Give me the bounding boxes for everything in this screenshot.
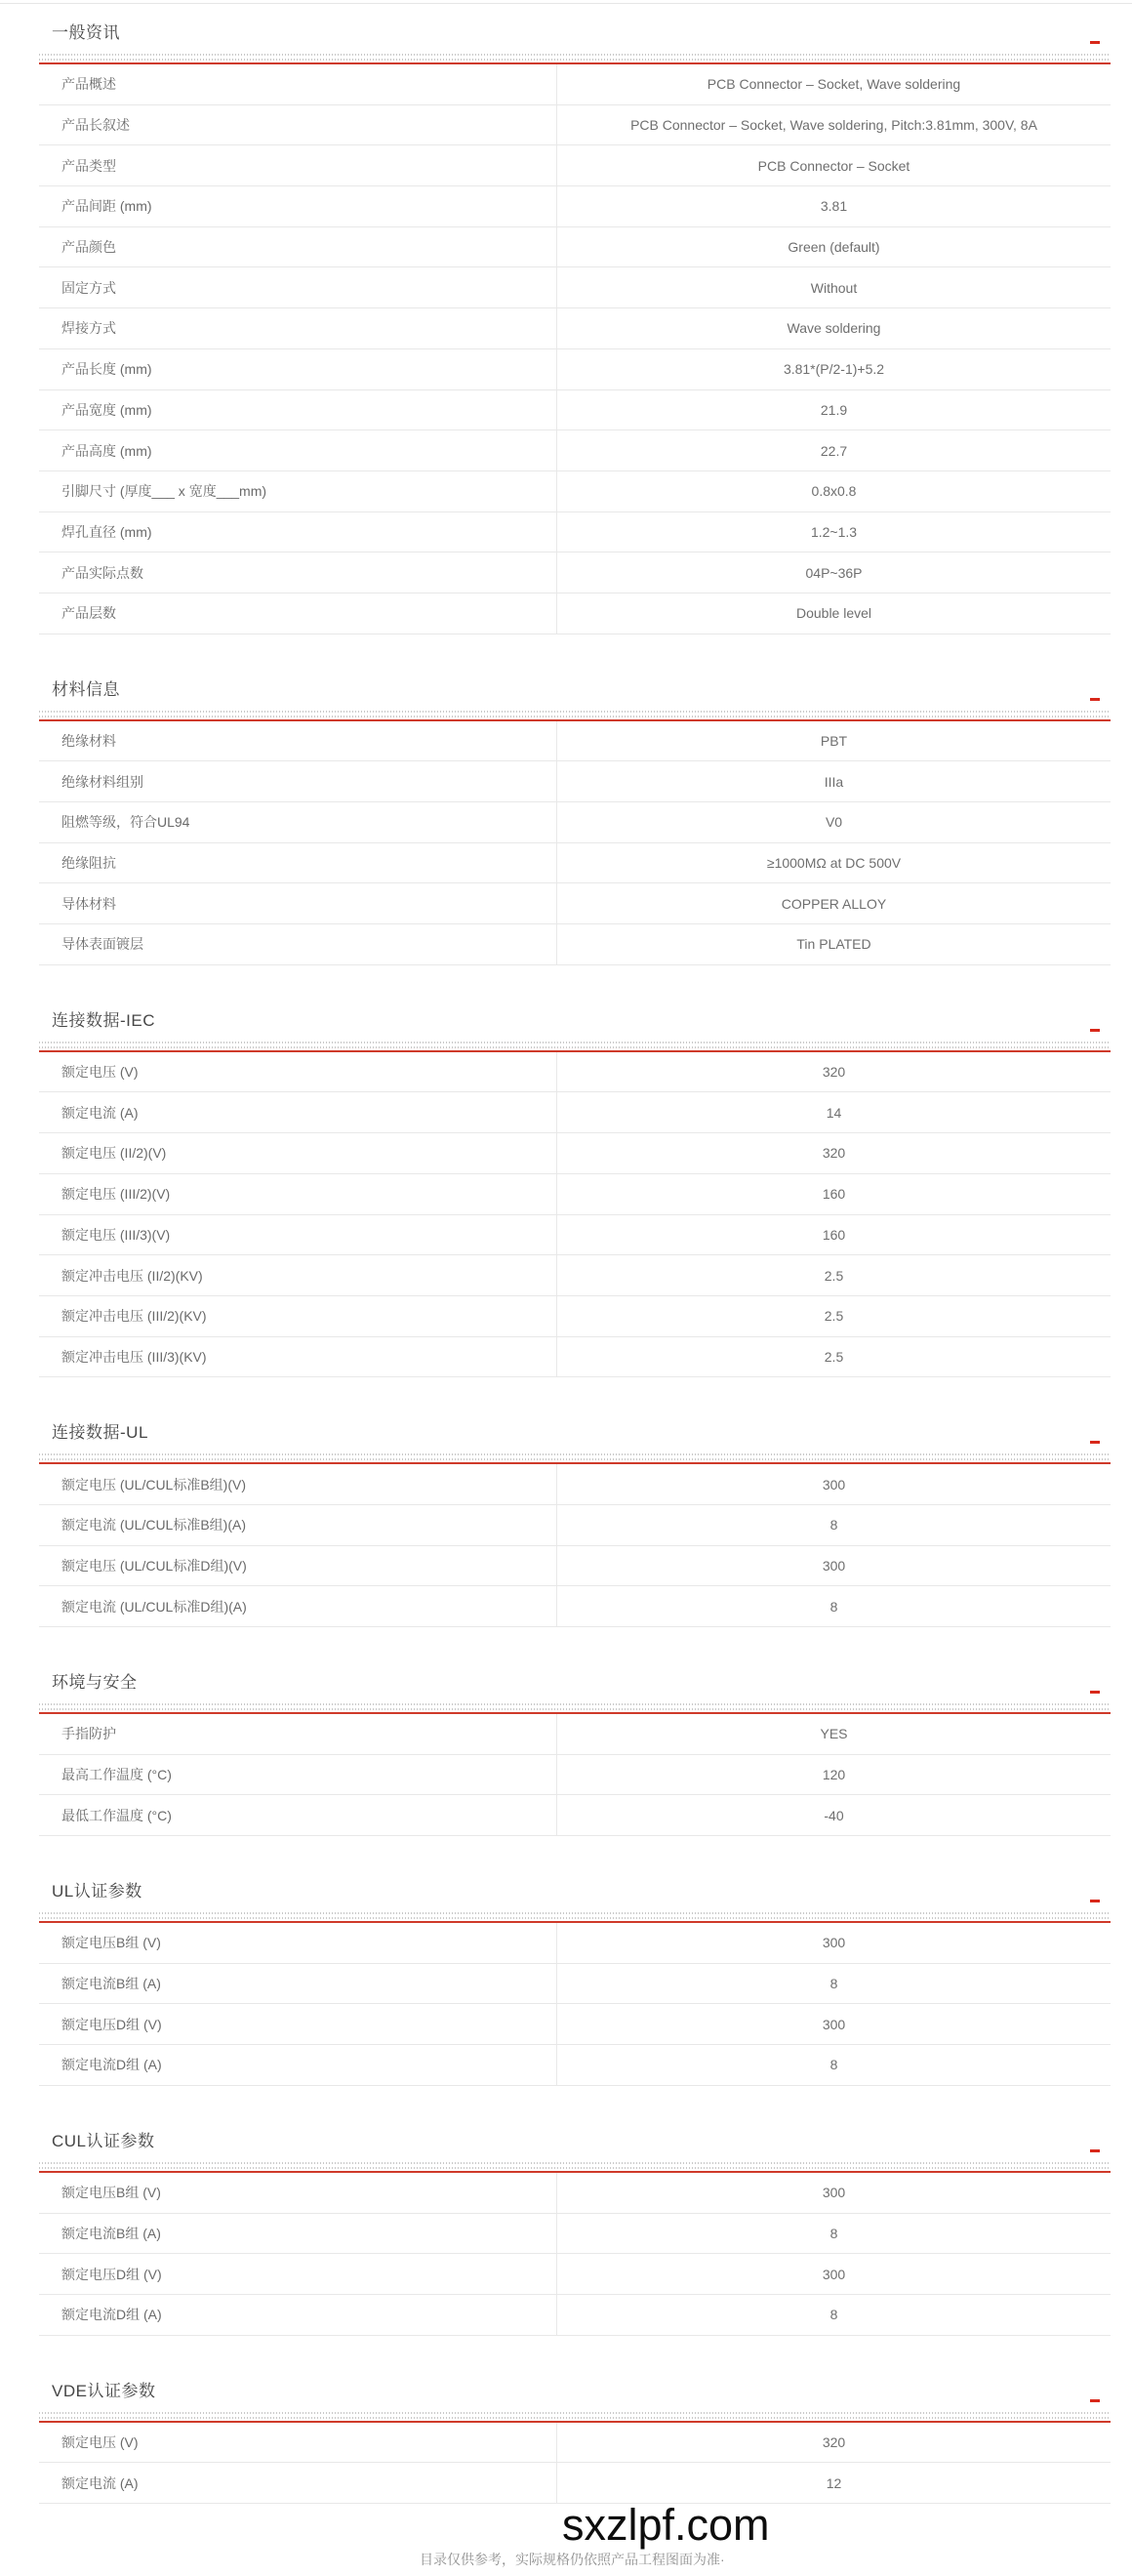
collapse-minus-icon[interactable]: [1090, 2149, 1100, 2152]
row-value: ≥1000MΩ at DC 500V: [556, 843, 1111, 883]
table-row: 额定电压 (V) 320: [39, 1052, 1111, 1093]
table-row: 额定电压 (V) 320: [39, 2423, 1111, 2464]
row-value: 14: [556, 1092, 1111, 1132]
row-label: 额定电流D组 (A): [39, 2045, 556, 2085]
table-row: 额定电流 (A) 14: [39, 1092, 1111, 1133]
table-row: 固定方式 Without: [39, 267, 1111, 308]
row-value: 12: [556, 2463, 1111, 2503]
table-row: 绝缘阻抗 ≥1000MΩ at DC 500V: [39, 843, 1111, 884]
table-row: 额定电流D组 (A) 8: [39, 2045, 1111, 2086]
row-value: IIIa: [556, 761, 1111, 801]
row-value: 300: [556, 1923, 1111, 1963]
row-label: 额定电压 (III/2)(V): [39, 1174, 556, 1214]
collapse-minus-icon[interactable]: [1090, 2399, 1100, 2402]
table-row: 绝缘材料 PBT: [39, 721, 1111, 762]
table-row: 产品颜色 Green (default): [39, 227, 1111, 268]
row-value: 300: [556, 1546, 1111, 1586]
row-label: 手指防护: [39, 1714, 556, 1754]
row-label: 引脚尺寸 (厚度___ x 宽度___mm): [39, 471, 556, 511]
row-label: 额定电流D组 (A): [39, 2295, 556, 2335]
spec-section: VDE认证参数 额定电压 (V) 320 额定电流 (A) 12: [39, 2382, 1111, 2504]
row-value: 0.8x0.8: [556, 471, 1111, 511]
row-label: 产品长叙述: [39, 105, 556, 145]
row-label: 额定电流 (A): [39, 2463, 556, 2503]
section-dotted-rule: [39, 1912, 1111, 1919]
row-label: 绝缘材料组别: [39, 761, 556, 801]
row-value: Green (default): [556, 227, 1111, 267]
row-label: 导体材料: [39, 883, 556, 923]
table-row: 最高工作温度 (°C) 120: [39, 1755, 1111, 1796]
row-value: 3.81*(P/2-1)+5.2: [556, 349, 1111, 389]
row-label: 额定电流 (A): [39, 1092, 556, 1132]
spec-section: 材料信息 绝缘材料 PBT 绝缘材料组别 IIIa 阻燃等级，符合UL94 V0…: [39, 680, 1111, 965]
table-row: 产品概述 PCB Connector – Socket, Wave solder…: [39, 64, 1111, 105]
row-value: 3.81: [556, 186, 1111, 226]
section-title: 环境与安全: [39, 1673, 1111, 1692]
watermark-text: sxzlpf.com: [562, 2503, 770, 2547]
table-row: 引脚尺寸 (厚度___ x 宽度___mm) 0.8x0.8: [39, 471, 1111, 512]
row-label: 产品长度 (mm): [39, 349, 556, 389]
row-value: 320: [556, 1133, 1111, 1173]
row-value: 320: [556, 1052, 1111, 1092]
row-value: 300: [556, 2004, 1111, 2044]
row-label: 额定冲击电压 (III/3)(KV): [39, 1337, 556, 1377]
section-table: 额定电压B组 (V) 300 额定电流B组 (A) 8 额定电压D组 (V) 3…: [39, 1923, 1111, 2086]
table-row: 产品间距 (mm) 3.81: [39, 186, 1111, 227]
row-value: V0: [556, 802, 1111, 842]
row-value: 120: [556, 1755, 1111, 1795]
table-row: 产品层数 Double level: [39, 593, 1111, 634]
section-dotted-rule: [39, 2412, 1111, 2419]
row-value: 160: [556, 1174, 1111, 1214]
table-row: 阻燃等级，符合UL94 V0: [39, 802, 1111, 843]
collapse-minus-icon[interactable]: [1090, 698, 1100, 701]
row-label: 产品类型: [39, 145, 556, 185]
row-label: 绝缘阻抗: [39, 843, 556, 883]
row-label: 产品实际点数: [39, 552, 556, 593]
section-header: 材料信息: [39, 680, 1111, 711]
section-dotted-rule: [39, 1453, 1111, 1460]
row-label: 额定电流B组 (A): [39, 2214, 556, 2254]
row-label: 额定冲击电压 (II/2)(KV): [39, 1255, 556, 1295]
row-label: 额定电压 (V): [39, 2423, 556, 2463]
table-row: 产品实际点数 04P~36P: [39, 552, 1111, 593]
row-value: Wave soldering: [556, 308, 1111, 348]
spec-section: 连接数据-UL 额定电压 (UL/CUL标准B组)(V) 300 额定电流 (U…: [39, 1423, 1111, 1627]
table-row: 额定电流 (UL/CUL标准B组)(A) 8: [39, 1505, 1111, 1546]
row-value: PBT: [556, 721, 1111, 761]
section-table: 产品概述 PCB Connector – Socket, Wave solder…: [39, 64, 1111, 634]
table-row: 产品宽度 (mm) 21.9: [39, 390, 1111, 431]
section-header: 环境与安全: [39, 1673, 1111, 1703]
section-dotted-rule: [39, 1703, 1111, 1710]
section-header: 连接数据-UL: [39, 1423, 1111, 1453]
section-dotted-rule: [39, 1042, 1111, 1048]
row-label: 额定冲击电压 (III/2)(KV): [39, 1296, 556, 1336]
row-label: 额定电压 (V): [39, 1052, 556, 1092]
row-value: 320: [556, 2423, 1111, 2463]
section-table: 额定电压 (V) 320 额定电流 (A) 14 额定电压 (II/2)(V) …: [39, 1052, 1111, 1378]
row-value: 300: [556, 1464, 1111, 1504]
table-row: 额定电压 (II/2)(V) 320: [39, 1133, 1111, 1174]
section-title: UL认证参数: [39, 1882, 1111, 1901]
row-label: 额定电压D组 (V): [39, 2004, 556, 2044]
row-label: 阻燃等级，符合UL94: [39, 802, 556, 842]
spec-section: 连接数据-IEC 额定电压 (V) 320 额定电流 (A) 14 额定电压 (…: [39, 1011, 1111, 1378]
table-row: 额定电压D组 (V) 300: [39, 2254, 1111, 2295]
footer-note: 目录仅供参考，实际规格仍依照产品工程图面为准·: [420, 2550, 725, 2569]
row-value: PCB Connector – Socket: [556, 145, 1111, 185]
row-value: PCB Connector – Socket, Wave soldering, …: [556, 105, 1111, 145]
table-row: 额定电压 (III/3)(V) 160: [39, 1215, 1111, 1256]
row-value: 160: [556, 1215, 1111, 1255]
row-value: 8: [556, 1505, 1111, 1545]
row-value: 2.5: [556, 1255, 1111, 1295]
row-value: Without: [556, 267, 1111, 307]
collapse-minus-icon[interactable]: [1090, 1029, 1100, 1032]
table-row: 焊孔直径 (mm) 1.2~1.3: [39, 512, 1111, 553]
section-dotted-rule: [39, 54, 1111, 61]
section-header: CUL认证参数: [39, 2132, 1111, 2162]
section-dotted-rule: [39, 711, 1111, 717]
section-table: 手指防护 YES 最高工作温度 (°C) 120 最低工作温度 (°C) -40: [39, 1714, 1111, 1836]
row-label: 额定电流B组 (A): [39, 1964, 556, 2004]
table-row: 额定冲击电压 (III/2)(KV) 2.5: [39, 1296, 1111, 1337]
row-label: 额定电压D组 (V): [39, 2254, 556, 2294]
section-dotted-rule: [39, 2162, 1111, 2169]
spec-sections: 一般资讯 产品概述 PCB Connector – Socket, Wave s…: [0, 23, 1132, 2504]
row-label: 额定电流 (UL/CUL标准D组)(A): [39, 1586, 556, 1626]
row-label: 产品高度 (mm): [39, 430, 556, 470]
table-row: 最低工作温度 (°C) -40: [39, 1795, 1111, 1836]
section-title: CUL认证参数: [39, 2132, 1111, 2150]
section-title: VDE认证参数: [39, 2382, 1111, 2400]
row-label: 额定电流 (UL/CUL标准B组)(A): [39, 1505, 556, 1545]
table-row: 导体材料 COPPER ALLOY: [39, 883, 1111, 924]
table-row: 手指防护 YES: [39, 1714, 1111, 1755]
row-label: 产品宽度 (mm): [39, 390, 556, 430]
section-table: 额定电压 (UL/CUL标准B组)(V) 300 额定电流 (UL/CUL标准B…: [39, 1464, 1111, 1627]
table-row: 额定电压 (UL/CUL标准D组)(V) 300: [39, 1546, 1111, 1587]
table-row: 产品长度 (mm) 3.81*(P/2-1)+5.2: [39, 349, 1111, 390]
collapse-minus-icon[interactable]: [1090, 1441, 1100, 1444]
table-row: 额定电压B组 (V) 300: [39, 1923, 1111, 1964]
row-label: 额定电压B组 (V): [39, 1923, 556, 1963]
row-label: 额定电压 (UL/CUL标准B组)(V): [39, 1464, 556, 1504]
section-title: 一般资讯: [39, 23, 1111, 42]
row-value: YES: [556, 1714, 1111, 1754]
section-table: 额定电压B组 (V) 300 额定电流B组 (A) 8 额定电压D组 (V) 3…: [39, 2173, 1111, 2336]
row-value: 8: [556, 2045, 1111, 2085]
section-header: VDE认证参数: [39, 2382, 1111, 2412]
row-value: -40: [556, 1795, 1111, 1835]
row-value: 2.5: [556, 1296, 1111, 1336]
row-value: 22.7: [556, 430, 1111, 470]
row-label: 产品层数: [39, 593, 556, 634]
row-value: 8: [556, 1964, 1111, 2004]
row-label: 额定电压 (UL/CUL标准D组)(V): [39, 1546, 556, 1586]
table-row: 额定电流D组 (A) 8: [39, 2295, 1111, 2336]
section-table: 绝缘材料 PBT 绝缘材料组别 IIIa 阻燃等级，符合UL94 V0 绝缘阻抗…: [39, 721, 1111, 965]
table-row: 额定电流B组 (A) 8: [39, 2214, 1111, 2255]
row-value: 8: [556, 2214, 1111, 2254]
collapse-minus-icon[interactable]: [1090, 1691, 1100, 1694]
section-title: 连接数据-UL: [39, 1423, 1111, 1442]
row-label: 产品间距 (mm): [39, 186, 556, 226]
row-value: 04P~36P: [556, 552, 1111, 593]
row-label: 产品颜色: [39, 227, 556, 267]
table-row: 产品长叙述 PCB Connector – Socket, Wave solde…: [39, 105, 1111, 146]
row-label: 额定电压 (III/3)(V): [39, 1215, 556, 1255]
table-row: 额定冲击电压 (II/2)(KV) 2.5: [39, 1255, 1111, 1296]
row-label: 导体表面镀层: [39, 924, 556, 964]
section-header: 一般资讯: [39, 23, 1111, 54]
section-title: 连接数据-IEC: [39, 1011, 1111, 1030]
section-header: UL认证参数: [39, 1882, 1111, 1912]
row-value: 8: [556, 1586, 1111, 1626]
table-row: 焊接方式 Wave soldering: [39, 308, 1111, 349]
row-value: 300: [556, 2254, 1111, 2294]
table-row: 绝缘材料组别 IIIa: [39, 761, 1111, 802]
row-value: COPPER ALLOY: [556, 883, 1111, 923]
row-label: 额定电压B组 (V): [39, 2173, 556, 2213]
row-label: 焊接方式: [39, 308, 556, 348]
row-label: 最低工作温度 (°C): [39, 1795, 556, 1835]
row-label: 绝缘材料: [39, 721, 556, 761]
top-divider: [0, 3, 1132, 4]
row-value: 21.9: [556, 390, 1111, 430]
spec-section: 环境与安全 手指防护 YES 最高工作温度 (°C) 120 最低工作温度 (°…: [39, 1673, 1111, 1836]
row-label: 固定方式: [39, 267, 556, 307]
row-value: PCB Connector – Socket, Wave soldering: [556, 64, 1111, 104]
section-title: 材料信息: [39, 680, 1111, 699]
spec-section: CUL认证参数 额定电压B组 (V) 300 额定电流B组 (A) 8 额定电压…: [39, 2132, 1111, 2336]
row-value: 1.2~1.3: [556, 512, 1111, 552]
table-row: 额定冲击电压 (III/3)(KV) 2.5: [39, 1337, 1111, 1378]
row-label: 焊孔直径 (mm): [39, 512, 556, 552]
row-value: 300: [556, 2173, 1111, 2213]
table-row: 额定电流 (A) 12: [39, 2463, 1111, 2504]
row-value: Double level: [556, 593, 1111, 634]
row-value: 2.5: [556, 1337, 1111, 1377]
row-value: Tin PLATED: [556, 924, 1111, 964]
row-label: 最高工作温度 (°C): [39, 1755, 556, 1795]
table-row: 额定电压 (III/2)(V) 160: [39, 1174, 1111, 1215]
spec-section: UL认证参数 额定电压B组 (V) 300 额定电流B组 (A) 8 额定电压D…: [39, 1882, 1111, 2086]
row-value: 8: [556, 2295, 1111, 2335]
table-row: 额定电压D组 (V) 300: [39, 2004, 1111, 2045]
table-row: 产品类型 PCB Connector – Socket: [39, 145, 1111, 186]
section-table: 额定电压 (V) 320 额定电流 (A) 12: [39, 2423, 1111, 2504]
table-row: 额定电压B组 (V) 300: [39, 2173, 1111, 2214]
row-label: 额定电压 (II/2)(V): [39, 1133, 556, 1173]
collapse-minus-icon[interactable]: [1090, 41, 1100, 44]
spec-section: 一般资讯 产品概述 PCB Connector – Socket, Wave s…: [39, 23, 1111, 634]
section-header: 连接数据-IEC: [39, 1011, 1111, 1042]
table-row: 额定电流 (UL/CUL标准D组)(A) 8: [39, 1586, 1111, 1627]
table-row: 产品高度 (mm) 22.7: [39, 430, 1111, 471]
table-row: 额定电压 (UL/CUL标准B组)(V) 300: [39, 1464, 1111, 1505]
table-row: 额定电流B组 (A) 8: [39, 1964, 1111, 2005]
row-label: 产品概述: [39, 64, 556, 104]
collapse-minus-icon[interactable]: [1090, 1900, 1100, 1902]
table-row: 导体表面镀层 Tin PLATED: [39, 924, 1111, 965]
